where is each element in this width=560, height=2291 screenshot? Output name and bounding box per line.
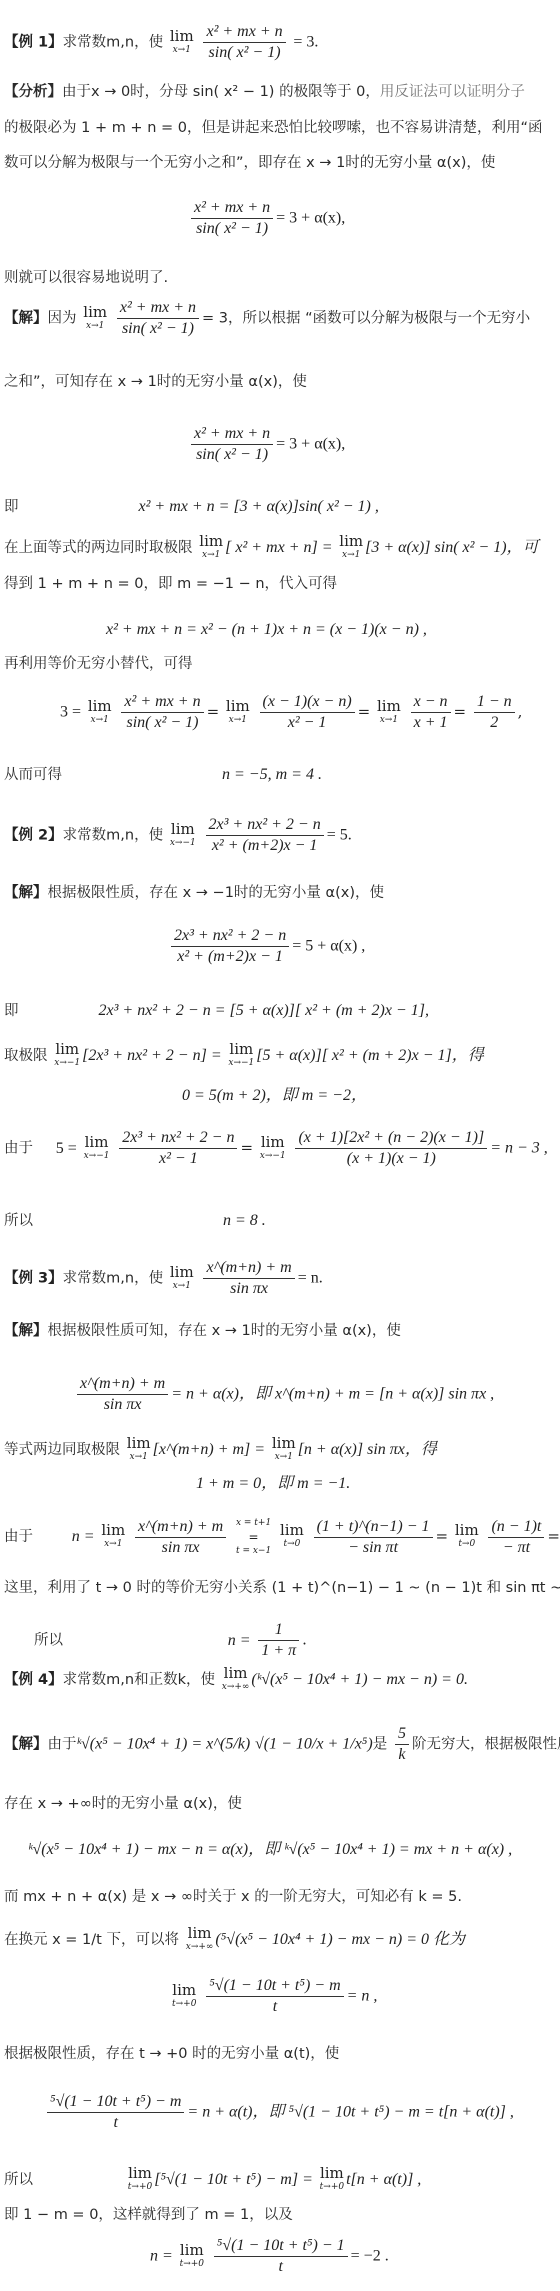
ex2-take-limit: 取极限 limx→−1[2x³ + nx² + 2 − n] = limx→−1… [4, 1042, 484, 1070]
ex4-eq2: ⁵√(1 − 10t + t⁵) − mt= n + α(t)，即 ⁵√(1 −… [44, 2092, 514, 2133]
ex2-ji-line: 即2x³ + nx² + 2 − n = [5 + α(x)][ x² + (m… [4, 1000, 429, 1021]
analysis-end: 则就可以很容易地说明了. [4, 268, 168, 288]
ex3-here: 这里，利用了 t → 0 时的等价无穷小关系 (1 + t)^(n−1) − 1… [4, 1578, 560, 1598]
ex4-final: n = limt→+0 ⁵√(1 − 10t + t⁵) − 1t= −2 . [150, 2236, 389, 2277]
ex4-so: 所以 limt→+0[⁵√(1 − 10t + t⁵) − m] = limt→… [4, 2166, 421, 2194]
ex2-zero-eq: 0 = 5(m + 2)，即 m = −2， [182, 1086, 367, 1106]
ex4-exists2: 根据极限性质，存在 t → +0 时的无穷小量 α(t)，使 [4, 2044, 339, 2064]
ex2-because: 由于 5 = limx→−1 2x³ + nx² + 2 − nx² − 1= … [4, 1128, 548, 1169]
ex1-take-limit: 在上面等式的两边同时取极限 limx→1[ x² + mx + n] = lim… [4, 534, 539, 562]
ex1-derive: 得到 1 + m + n = 0，即 m = −1 − n，代入可得 [4, 574, 337, 594]
ex1-solution-line-2: 之和”，可知存在 x → 1时的无穷小量 α(x)，使 [4, 372, 307, 392]
analysis-line-2: 的极限必为 1 + m + n = 0，但是讲起来恐怕比较啰嗦，也不容易讲清楚，… [4, 118, 543, 138]
ex1-solution-line-1: 【解】因为 limx→1 x² + mx + nsin( x² − 1)= 3，… [4, 298, 530, 339]
ex1-ji-line: 即x² + mx + n = [3 + α(x)]sin( x² − 1) , [4, 496, 379, 517]
ex4-substitution: 在换元 x = 1/t 下，可以将 limx→+∞(⁵√(x⁵ − 10x⁴ +… [4, 1926, 465, 1954]
ex1-result: 从而可得n = −5, m = 4 . [4, 764, 322, 785]
ex3-solution-line-1: 【解】根据极限性质可知，存在 x → 1时的无穷小量 α(x)，使 [4, 1320, 401, 1341]
example-tag: 【例 1】 [4, 35, 63, 51]
fraction: x² + mx + nsin( x² − 1) [203, 22, 285, 63]
analysis-line-1: 【分析】由于x → 0时，分母 sin( x² − 1) 的极限等于 0，用反证… [4, 82, 525, 102]
limit-operator: limx→1 [170, 29, 194, 57]
example-4-statement: 【例 4】求常数m,n和正数k，使 limx→+∞(ᵏ√(x⁵ − 10x⁴ +… [4, 1666, 468, 1694]
ex2-result: 所以n = 8 . [4, 1210, 266, 1231]
ex4-eq1: ᵏ√(x⁵ − 10x⁴ + 1) − mx − n = α(x)，即 ᵏ√(x… [28, 1840, 512, 1860]
ex1-factor: x² + mx + n = x² − (n + 1)x + n = (x − 1… [106, 620, 427, 640]
ex1-equation: x² + mx + nsin( x² − 1)= 3 + α(x), [188, 424, 345, 465]
ex1-chain: 3 = limx→1 x² + mx + nsin( x² − 1)= limx… [60, 692, 522, 733]
ex4-limit-form: limt→+0 ⁵√(1 − 10t + t⁵) − mt= n , [170, 1976, 377, 2017]
example-3-statement: 【例 3】求常数m,n，使 limx→1 x^(m+n) + msin πx= … [4, 1258, 323, 1299]
ex2-solution-line-1: 【解】根据极限性质，存在 x → −1时的无穷小量 α(x)，使 [4, 882, 384, 903]
ex2-equation: 2x³ + nx² + 2 − nx² + (m+2)x − 1= 5 + α(… [168, 926, 365, 967]
ex3-m-eq: 1 + m = 0，即 m = −1. [196, 1474, 350, 1494]
ex4-solution-line-1: 【解】由于ᵏ√(x⁵ − 10x⁴ + 1) = x^(5/k) √(1 − 1… [4, 1724, 560, 1765]
ex4-m-result: 即 1 − m = 0，这样就得到了 m = 1，以及 [4, 2204, 293, 2225]
ex3-because: 由于 n = limx→1 x^(m+n) + msin πx x = t+1=… [4, 1516, 560, 1558]
example-2-statement: 【例 2】求常数m,n，使 limx→−1 2x³ + nx² + 2 − nx… [4, 815, 352, 856]
ex3-result: 所以 n = 11 + π. [34, 1620, 307, 1661]
ex4-exists: 存在 x → +∞时的无穷小量 α(x)，使 [4, 1794, 242, 1814]
analysis-equation: x² + mx + nsin( x² − 1)= 3 + α(x), [188, 198, 345, 239]
analysis-line-3: 数可以分解为极限与一个无穷小之和”，即存在 x → 1时的无穷小量 α(x)，使 [4, 153, 495, 173]
ex1-equiv: 再利用等价无穷小替代，可得 [4, 654, 193, 674]
example-1-statement: 【例 1】求常数m,n，使 limx→1 x² + mx + nsin( x² … [4, 22, 318, 63]
ex4-order: 而 mx + n + α(x) 是 x → ∞时关于 x 的一阶无穷大，可知必有… [4, 1886, 462, 1907]
ex3-take-limit: 等式两边同取极限 limx→1[x^(m+n) + m] = limx→1[n … [4, 1436, 437, 1464]
ex3-equation: x^(m+n) + msin πx= n + α(x)，即 x^(m+n) + … [74, 1374, 494, 1415]
